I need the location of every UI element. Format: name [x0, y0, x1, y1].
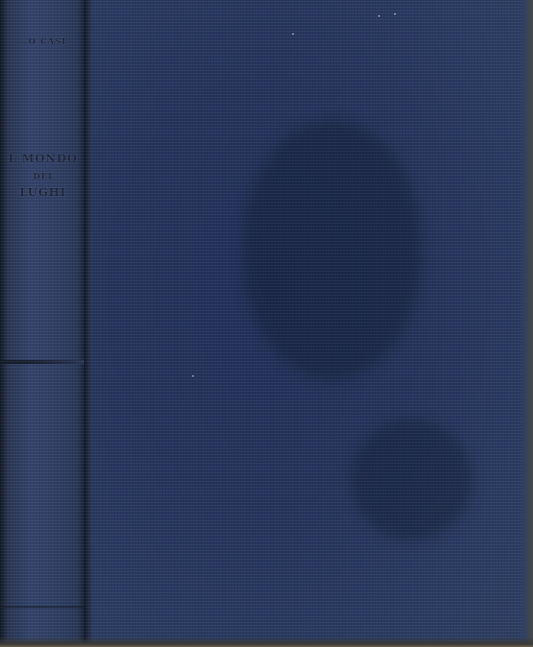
spine-band	[0, 360, 84, 364]
cover-speck	[292, 33, 294, 35]
cover-speck	[378, 15, 380, 17]
spine-hinge	[84, 0, 92, 647]
cover-stain	[352, 420, 472, 540]
spine-title-line-2: DEI	[6, 171, 80, 181]
spine-title-line-1: L MONDO	[6, 152, 80, 165]
cover-stain	[242, 120, 422, 380]
book-photo: ...O CASE L MONDO DEI LUGHI	[0, 0, 533, 647]
cover-right-edge	[519, 0, 533, 647]
cover-speck	[192, 375, 194, 377]
cover-bottom-edge	[0, 637, 533, 647]
book-front-cover	[92, 0, 533, 647]
book-spine: ...O CASE L MONDO DEI LUGHI	[0, 0, 84, 647]
spine-title-line-3: LUGHI	[6, 186, 80, 199]
cover-speck	[394, 13, 396, 15]
spine-band-bottom	[0, 606, 84, 608]
spine-author: ...O CASE	[6, 36, 80, 46]
